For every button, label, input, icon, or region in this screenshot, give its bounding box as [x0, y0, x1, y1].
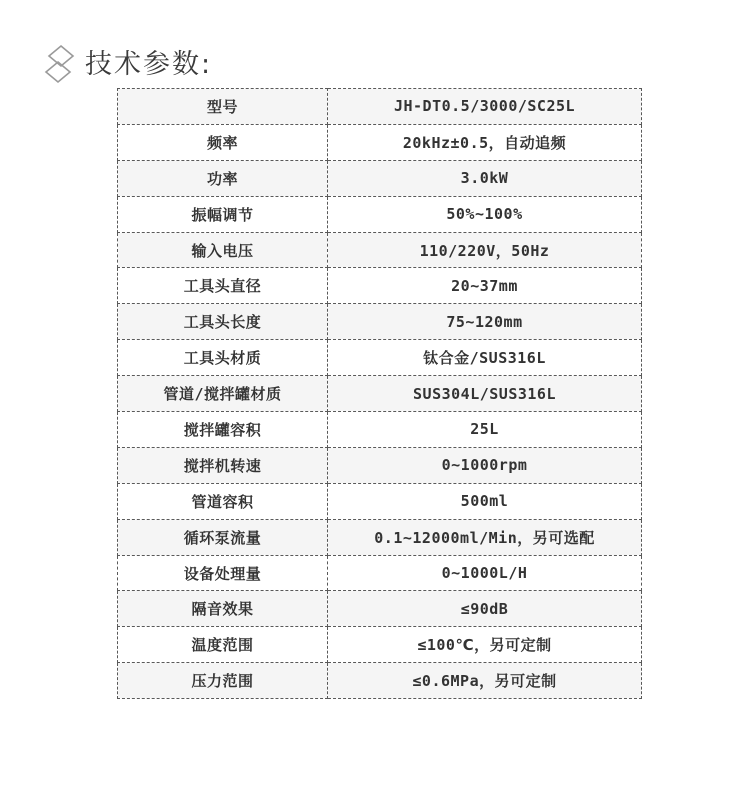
spec-value-cell: 0.1~12000ml/Min，另可选配	[328, 519, 642, 555]
spec-label-cell: 工具头直径	[118, 268, 328, 304]
spec-value-cell: 20~37mm	[328, 268, 642, 304]
table-row: 隔音效果≤90dB	[118, 591, 642, 627]
spec-value-cell: ≤100℃，另可定制	[328, 627, 642, 663]
spec-label-cell: 振幅调节	[118, 196, 328, 232]
spec-label-cell: 管道容积	[118, 483, 328, 519]
spec-value-cell: 钛合金/SUS316L	[328, 340, 642, 376]
spec-label-cell: 压力范围	[118, 663, 328, 699]
spec-value-cell: 110/220V，50Hz	[328, 232, 642, 268]
spec-value-cell: ≤90dB	[328, 591, 642, 627]
table-row: 管道容积500ml	[118, 483, 642, 519]
spec-label-cell: 工具头长度	[118, 304, 328, 340]
table-row: 输入电压110/220V，50Hz	[118, 232, 642, 268]
spec-value-cell: 50%~100%	[328, 196, 642, 232]
spec-label-cell: 型号	[118, 89, 328, 125]
spec-label-cell: 功率	[118, 160, 328, 196]
table-row: 频率20kHz±0.5，自动追频	[118, 124, 642, 160]
stacked-diamonds-icon	[44, 44, 76, 84]
table-row: 设备处理量0~1000L/H	[118, 555, 642, 591]
table-row: 搅拌机转速0~1000rpm	[118, 447, 642, 483]
table-row: 振幅调节50%~100%	[118, 196, 642, 232]
table-row: 功率3.0kW	[118, 160, 642, 196]
spec-label-cell: 频率	[118, 124, 328, 160]
spec-label-cell: 温度范围	[118, 627, 328, 663]
spec-label-cell: 输入电压	[118, 232, 328, 268]
spec-label-cell: 搅拌机转速	[118, 447, 328, 483]
spec-label-cell: 搅拌罐容积	[118, 412, 328, 448]
spec-value-cell: ≤0.6MPa，另可定制	[328, 663, 642, 699]
table-row: 循环泵流量0.1~12000ml/Min，另可选配	[118, 519, 642, 555]
spec-value-cell: JH-DT0.5/3000/SC25L	[328, 89, 642, 125]
spec-table: 型号JH-DT0.5/3000/SC25L频率20kHz±0.5，自动追频功率3…	[117, 88, 642, 699]
section-title: 技术参数:	[85, 51, 212, 78]
spec-value-cell: SUS304L/SUS316L	[328, 376, 642, 412]
section-header: 技术参数:	[44, 44, 212, 84]
spec-value-cell: 20kHz±0.5，自动追频	[328, 124, 642, 160]
spec-label-cell: 管道/搅拌罐材质	[118, 376, 328, 412]
table-row: 工具头直径20~37mm	[118, 268, 642, 304]
spec-value-cell: 3.0kW	[328, 160, 642, 196]
spec-value-cell: 0~1000L/H	[328, 555, 642, 591]
spec-value-cell: 500ml	[328, 483, 642, 519]
table-row: 型号JH-DT0.5/3000/SC25L	[118, 89, 642, 125]
spec-value-cell: 75~120mm	[328, 304, 642, 340]
table-row: 工具头长度75~120mm	[118, 304, 642, 340]
spec-value-cell: 0~1000rpm	[328, 447, 642, 483]
spec-label-cell: 工具头材质	[118, 340, 328, 376]
table-row: 压力范围≤0.6MPa，另可定制	[118, 663, 642, 699]
spec-label-cell: 设备处理量	[118, 555, 328, 591]
spec-value-cell: 25L	[328, 412, 642, 448]
table-row: 温度范围≤100℃，另可定制	[118, 627, 642, 663]
table-row: 搅拌罐容积25L	[118, 412, 642, 448]
table-row: 管道/搅拌罐材质SUS304L/SUS316L	[118, 376, 642, 412]
spec-label-cell: 循环泵流量	[118, 519, 328, 555]
table-row: 工具头材质钛合金/SUS316L	[118, 340, 642, 376]
spec-label-cell: 隔音效果	[118, 591, 328, 627]
